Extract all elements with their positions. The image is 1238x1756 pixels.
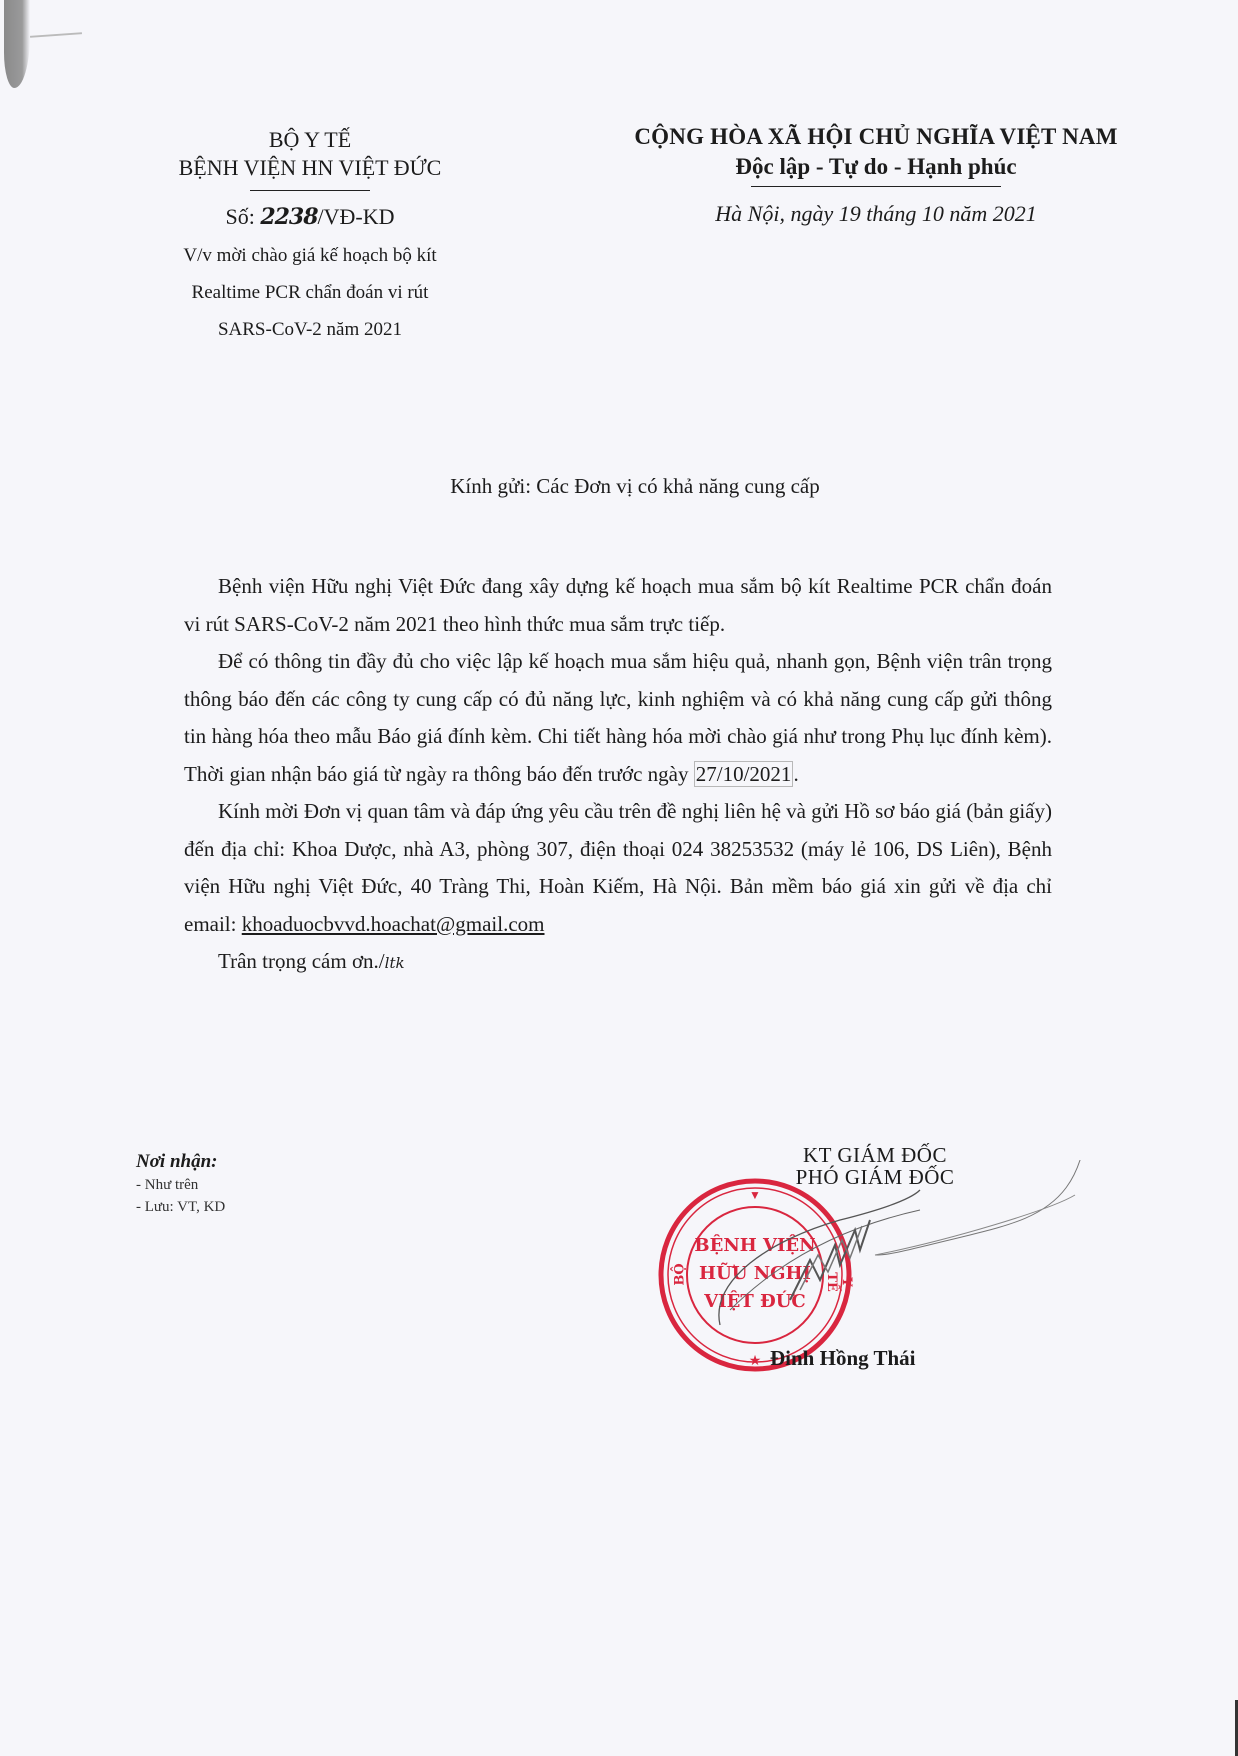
ministry-name: BỘ Y TẾ xyxy=(150,126,470,154)
issuer-header: BỘ Y TẾ BỆNH VIỆN HN VIỆT ĐỨC Số: 2238/V… xyxy=(150,126,470,348)
recipients-title: Nơi nhận: xyxy=(136,1150,436,1174)
scan-artifact xyxy=(4,0,30,88)
stamp-ring-left: BỘ xyxy=(673,1263,688,1285)
recipient-item: - Như trên xyxy=(136,1174,436,1196)
email-link[interactable]: khoaduocbvvd.hoachat@gmail.com xyxy=(242,912,545,936)
signer-name: Đinh Hồng Thái xyxy=(770,1346,916,1371)
paragraph: Bệnh viện Hữu nghị Việt Đức đang xây dựn… xyxy=(184,568,1052,643)
paragraph-text: Để có thông tin đầy đủ cho việc lập kế h… xyxy=(184,649,1052,786)
nation-title: CỘNG HÒA XÃ HỘI CHỦ NGHĨA VIỆT NAM xyxy=(586,122,1166,152)
doc-number-handwritten: 2238 xyxy=(260,204,317,230)
closing: Trân trọng cám ơn./ltk xyxy=(184,943,1052,983)
hospital-name: BỆNH VIỆN HN VIỆT ĐỨC xyxy=(150,154,470,182)
document-number: Số: 2238/VĐ-KD xyxy=(150,201,470,233)
scan-artifact-line xyxy=(30,32,82,38)
paragraph: Để có thông tin đầy đủ cho việc lập kế h… xyxy=(184,643,1052,793)
place-date: Hà Nội, ngày 19 tháng 10 năm 2021 xyxy=(586,199,1166,229)
recipient-item: - Lưu: VT, KD xyxy=(136,1196,436,1218)
doc-number-prefix: Số: xyxy=(225,204,254,229)
paragraph: Kính mời Đơn vị quan tâm và đáp ứng yêu … xyxy=(184,793,1052,943)
salutation: Kính gửi: Các Đơn vị có khả năng cung cấ… xyxy=(0,474,1238,499)
letter-body: Bệnh viện Hữu nghị Việt Đức đang xây dựn… xyxy=(184,568,1052,983)
motto-divider xyxy=(751,186,1001,187)
closing-text: Trân trọng cám ơn./ xyxy=(218,949,385,973)
national-header: CỘNG HÒA XÃ HỘI CHỦ NGHĨA VIỆT NAM Độc l… xyxy=(586,122,1166,229)
header-divider xyxy=(250,190,370,191)
period: . xyxy=(793,762,798,786)
subject-line: V/v mời chào giá kế hoạch bộ kít xyxy=(150,237,470,274)
subject-line: Realtime PCR chẩn đoán vi rút xyxy=(150,274,470,311)
closing-initials: ltk xyxy=(385,954,405,972)
national-motto: Độc lập - Tự do - Hạnh phúc xyxy=(586,152,1166,182)
deadline-date: 27/10/2021 xyxy=(694,761,794,787)
handwritten-signature-icon xyxy=(690,1160,1230,1360)
recipients: Nơi nhận: - Như trên - Lưu: VT, KD xyxy=(136,1150,436,1218)
subject: V/v mời chào giá kế hoạch bộ kít Realtim… xyxy=(150,237,470,348)
subject-line: SARS-CoV-2 năm 2021 xyxy=(150,311,470,348)
doc-number-suffix: /VĐ-KD xyxy=(318,204,395,229)
